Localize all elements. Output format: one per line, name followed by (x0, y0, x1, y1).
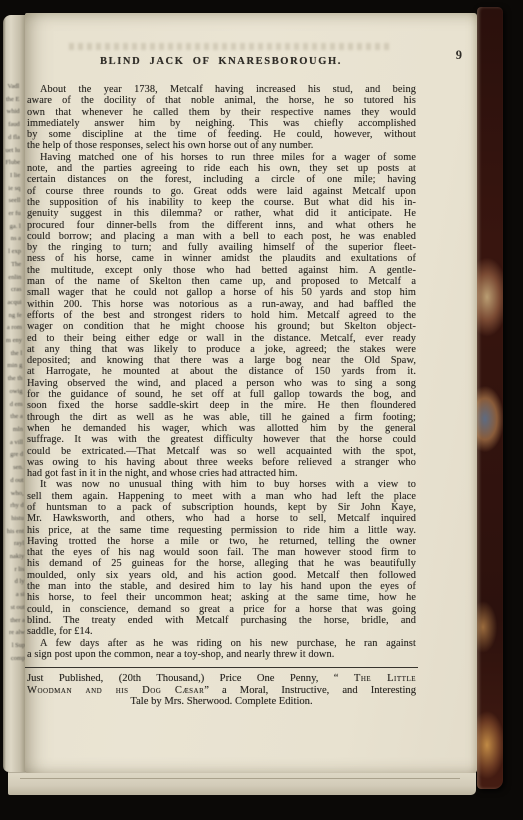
body-line: the help of those responses, select his … (27, 140, 416, 151)
edge-fragment: the E (3, 94, 20, 107)
footer-text: Tale by Mrs. Sherwood. Complete Edition. (130, 696, 312, 707)
body-line: was owing to his having about three week… (27, 457, 416, 468)
body-line: genuity suggest in this dilemma? or rath… (27, 208, 416, 219)
body-line: at any thing that was likely to produce … (27, 344, 416, 355)
body-line: immediately answer him by neighing. This… (27, 118, 416, 129)
facing-page-curved-edge: Vadlthe Ewhidfaudd flauet luFlubeI lieie… (3, 15, 25, 772)
body-line: procured four dinner-bells from the diff… (27, 220, 416, 231)
edge-fragment: owig (3, 386, 22, 399)
body-line: Having trotted the horse a mile or two, … (27, 536, 416, 547)
body-line: by the ringing to turn; and fully availi… (27, 242, 416, 253)
edge-fragment: I lie (3, 170, 20, 183)
page-number: 9 (456, 48, 462, 63)
book-photograph: Vadlthe Ewhidfaudd flauet luFlubeI lieie… (0, 0, 523, 820)
edge-fragment: the l (3, 348, 22, 361)
body-line: A few days after as he was riding on his… (27, 638, 416, 649)
body-line: his demand of 25 guineas for the horse, … (27, 558, 416, 569)
body-line: the supposition of his inability to keep… (27, 197, 416, 208)
edge-fragment: d fla (3, 132, 20, 145)
running-header: BLIND JACK OF KNARESBOROUGH. (27, 51, 415, 69)
body-line: suffrage. It was with the greatest diffi… (27, 434, 416, 445)
edge-fragment: who, (5, 487, 24, 500)
edge-fragment: acqui (3, 297, 22, 310)
body-line: Mr. Hawksworth, and others, who had a ho… (27, 513, 416, 524)
footer-line: Woodman and his Dog Cæsar” a Moral, Inst… (27, 685, 416, 697)
body-line: when he demanded his wager, which was al… (27, 423, 416, 434)
facing-page-text-fragments: Vadlthe Ewhidfaudd flauet luFlubeI lieie… (3, 15, 25, 665)
edge-fragment: The (3, 259, 21, 272)
body-line: by some discipline at the time of feedin… (27, 129, 416, 140)
body-line: the man into the stable, and desired him… (27, 581, 416, 592)
body-line: the multitude, except only those who had… (27, 265, 416, 276)
edge-fragment: rhy d (5, 500, 24, 513)
body-line: his horse, to feel their uncommon heat; … (27, 592, 416, 603)
edge-fragment: ng fe (3, 310, 22, 323)
edge-fragment: min g (3, 360, 22, 373)
body-line: could be extricated.—That Metcalf was so… (27, 446, 416, 457)
body-line: It was now no unusual thing with him to … (27, 479, 416, 490)
body-line: Having observed the wind, and placed a p… (27, 378, 416, 389)
body-line: small wager that he could not gallop a h… (27, 287, 416, 298)
body-line: blind. The treaty ended with Metcalf pur… (27, 615, 416, 626)
body-line: of course three rounds to go. Great odds… (27, 186, 416, 197)
edge-fragment: his ent (5, 526, 24, 539)
edge-fragment: a si (6, 589, 25, 602)
edge-fragment: m eny (3, 335, 22, 348)
edge-fragment: re alw (6, 627, 25, 640)
footer-line: Just Published, (20th Thousand,) Price O… (27, 673, 416, 685)
body-line: note, and the parties agreeing to ride e… (27, 163, 416, 174)
edge-fragment: rayl (5, 538, 24, 551)
body-line: own that whenever he called them by thei… (27, 107, 416, 118)
body-line: of huntsman to a pack of subscription ho… (27, 502, 416, 513)
show-through-ghost-text (69, 43, 391, 50)
edge-fragment: histu (5, 513, 24, 526)
edge-fragment: comp (6, 653, 25, 666)
edge-fragment: ie sq (3, 183, 20, 196)
footer-line: Tale by Mrs. Sherwood. Complete Edition. (27, 696, 416, 708)
edge-fragment: ga. l (3, 221, 21, 234)
body-line: for the guidance of sound, he set off at… (27, 389, 416, 400)
edge-fragment: enlin (3, 271, 21, 284)
book-cover-marbled-edge (477, 7, 503, 789)
body-line: Having matched one of his horses to run … (27, 152, 416, 163)
edge-fragment: faud (3, 119, 20, 132)
body-line: saddle, for £14. (27, 626, 416, 637)
body-line: man of the name of Skelton then came up,… (27, 276, 416, 287)
book-page: BLIND JACK OF KNARESBOROUGH. 9 About the… (25, 13, 477, 773)
body-line: wager on condition that he might choose … (27, 321, 416, 332)
body-line: About the year 1738, Metcalf having incr… (27, 84, 416, 95)
body-line: could borrow; and placing a man with a b… (27, 231, 416, 242)
edge-fragment: whid (3, 106, 20, 119)
body-line: deposited; and knowing that there was a … (27, 355, 416, 366)
body-line: a sign post upon the common, near a toy-… (27, 649, 416, 660)
edge-fragment: ns a (3, 233, 21, 246)
body-line: efforts of the best and strongest riders… (27, 310, 416, 321)
edge-fragment: l exp (3, 246, 21, 259)
edge-fragment: st out (6, 602, 25, 615)
edge-fragment: cras (3, 284, 22, 297)
edge-fragment: a vill (4, 437, 23, 450)
advertisement-footer: Just Published, (20th Thousand,) Price O… (27, 673, 416, 708)
edge-fragment: uet lu (3, 144, 20, 157)
edge-fragment: mln (4, 424, 23, 437)
footer-text: ” a Moral, Instructive, and Interesting (204, 685, 416, 696)
edge-fragment: the a (4, 411, 23, 424)
footer-divider-rule (25, 667, 418, 668)
running-title: BLIND JACK OF KNARESBOROUGH. (100, 56, 342, 67)
body-line: had got fast in it in the night, and who… (27, 468, 416, 479)
edge-fragment: seell (3, 195, 21, 208)
body-line: at Harrogate, he mounted at about the di… (27, 366, 416, 377)
edge-fragment: d em (4, 398, 23, 411)
edge-fragment: sen. (4, 462, 23, 475)
edge-fragment: gre d (4, 449, 23, 462)
edge-fragment: d out (4, 475, 23, 488)
body-line: his price, at the same time requesting p… (27, 525, 416, 536)
edge-fragment: Flube (3, 157, 20, 170)
edge-fragment: l Sup (6, 640, 25, 653)
edge-fragment: a rom (3, 322, 22, 335)
body-line: within 200. This horse was notorious as … (27, 299, 416, 310)
body-line: soon fixed the horse saddle-skirt deep i… (27, 400, 416, 411)
body-line: moulded, only six years old, and his act… (27, 570, 416, 581)
footer-text: Just Published, (20th Thousand,) Price O… (27, 673, 354, 684)
body-line: could, in conscience, demand so great a … (27, 604, 416, 615)
edge-fragment: nakiy (5, 551, 24, 564)
edge-fragment: Vadl (3, 81, 19, 94)
footer-smallcaps-text: The Little (354, 673, 416, 684)
edge-fragment: er fu (3, 208, 21, 221)
body-line: aware of the docility of that noble anim… (27, 95, 416, 106)
body-line: that the eyes of his nag would soon fail… (27, 547, 416, 558)
body-line: ness of his horse, came in winner amidst… (27, 253, 416, 264)
edge-fragment: ther a (6, 614, 25, 627)
edge-fragment: the th (3, 373, 22, 386)
footer-smallcaps-text: Woodman and his Dog Cæsar (27, 685, 204, 696)
edge-fragment: r lis (5, 564, 24, 577)
page-stack-bottom-edge (8, 772, 476, 795)
body-line: certain distances on the forest, includi… (27, 174, 416, 185)
body-line: ed to their being either edge or wall in… (27, 333, 416, 344)
body-line: through the dirt as well as he was able,… (27, 412, 416, 423)
edge-fragment: d ly (5, 576, 24, 589)
body-line: sell them again. Happening to meet with … (27, 491, 416, 502)
body-text: About the year 1738, Metcalf having incr… (27, 84, 416, 660)
